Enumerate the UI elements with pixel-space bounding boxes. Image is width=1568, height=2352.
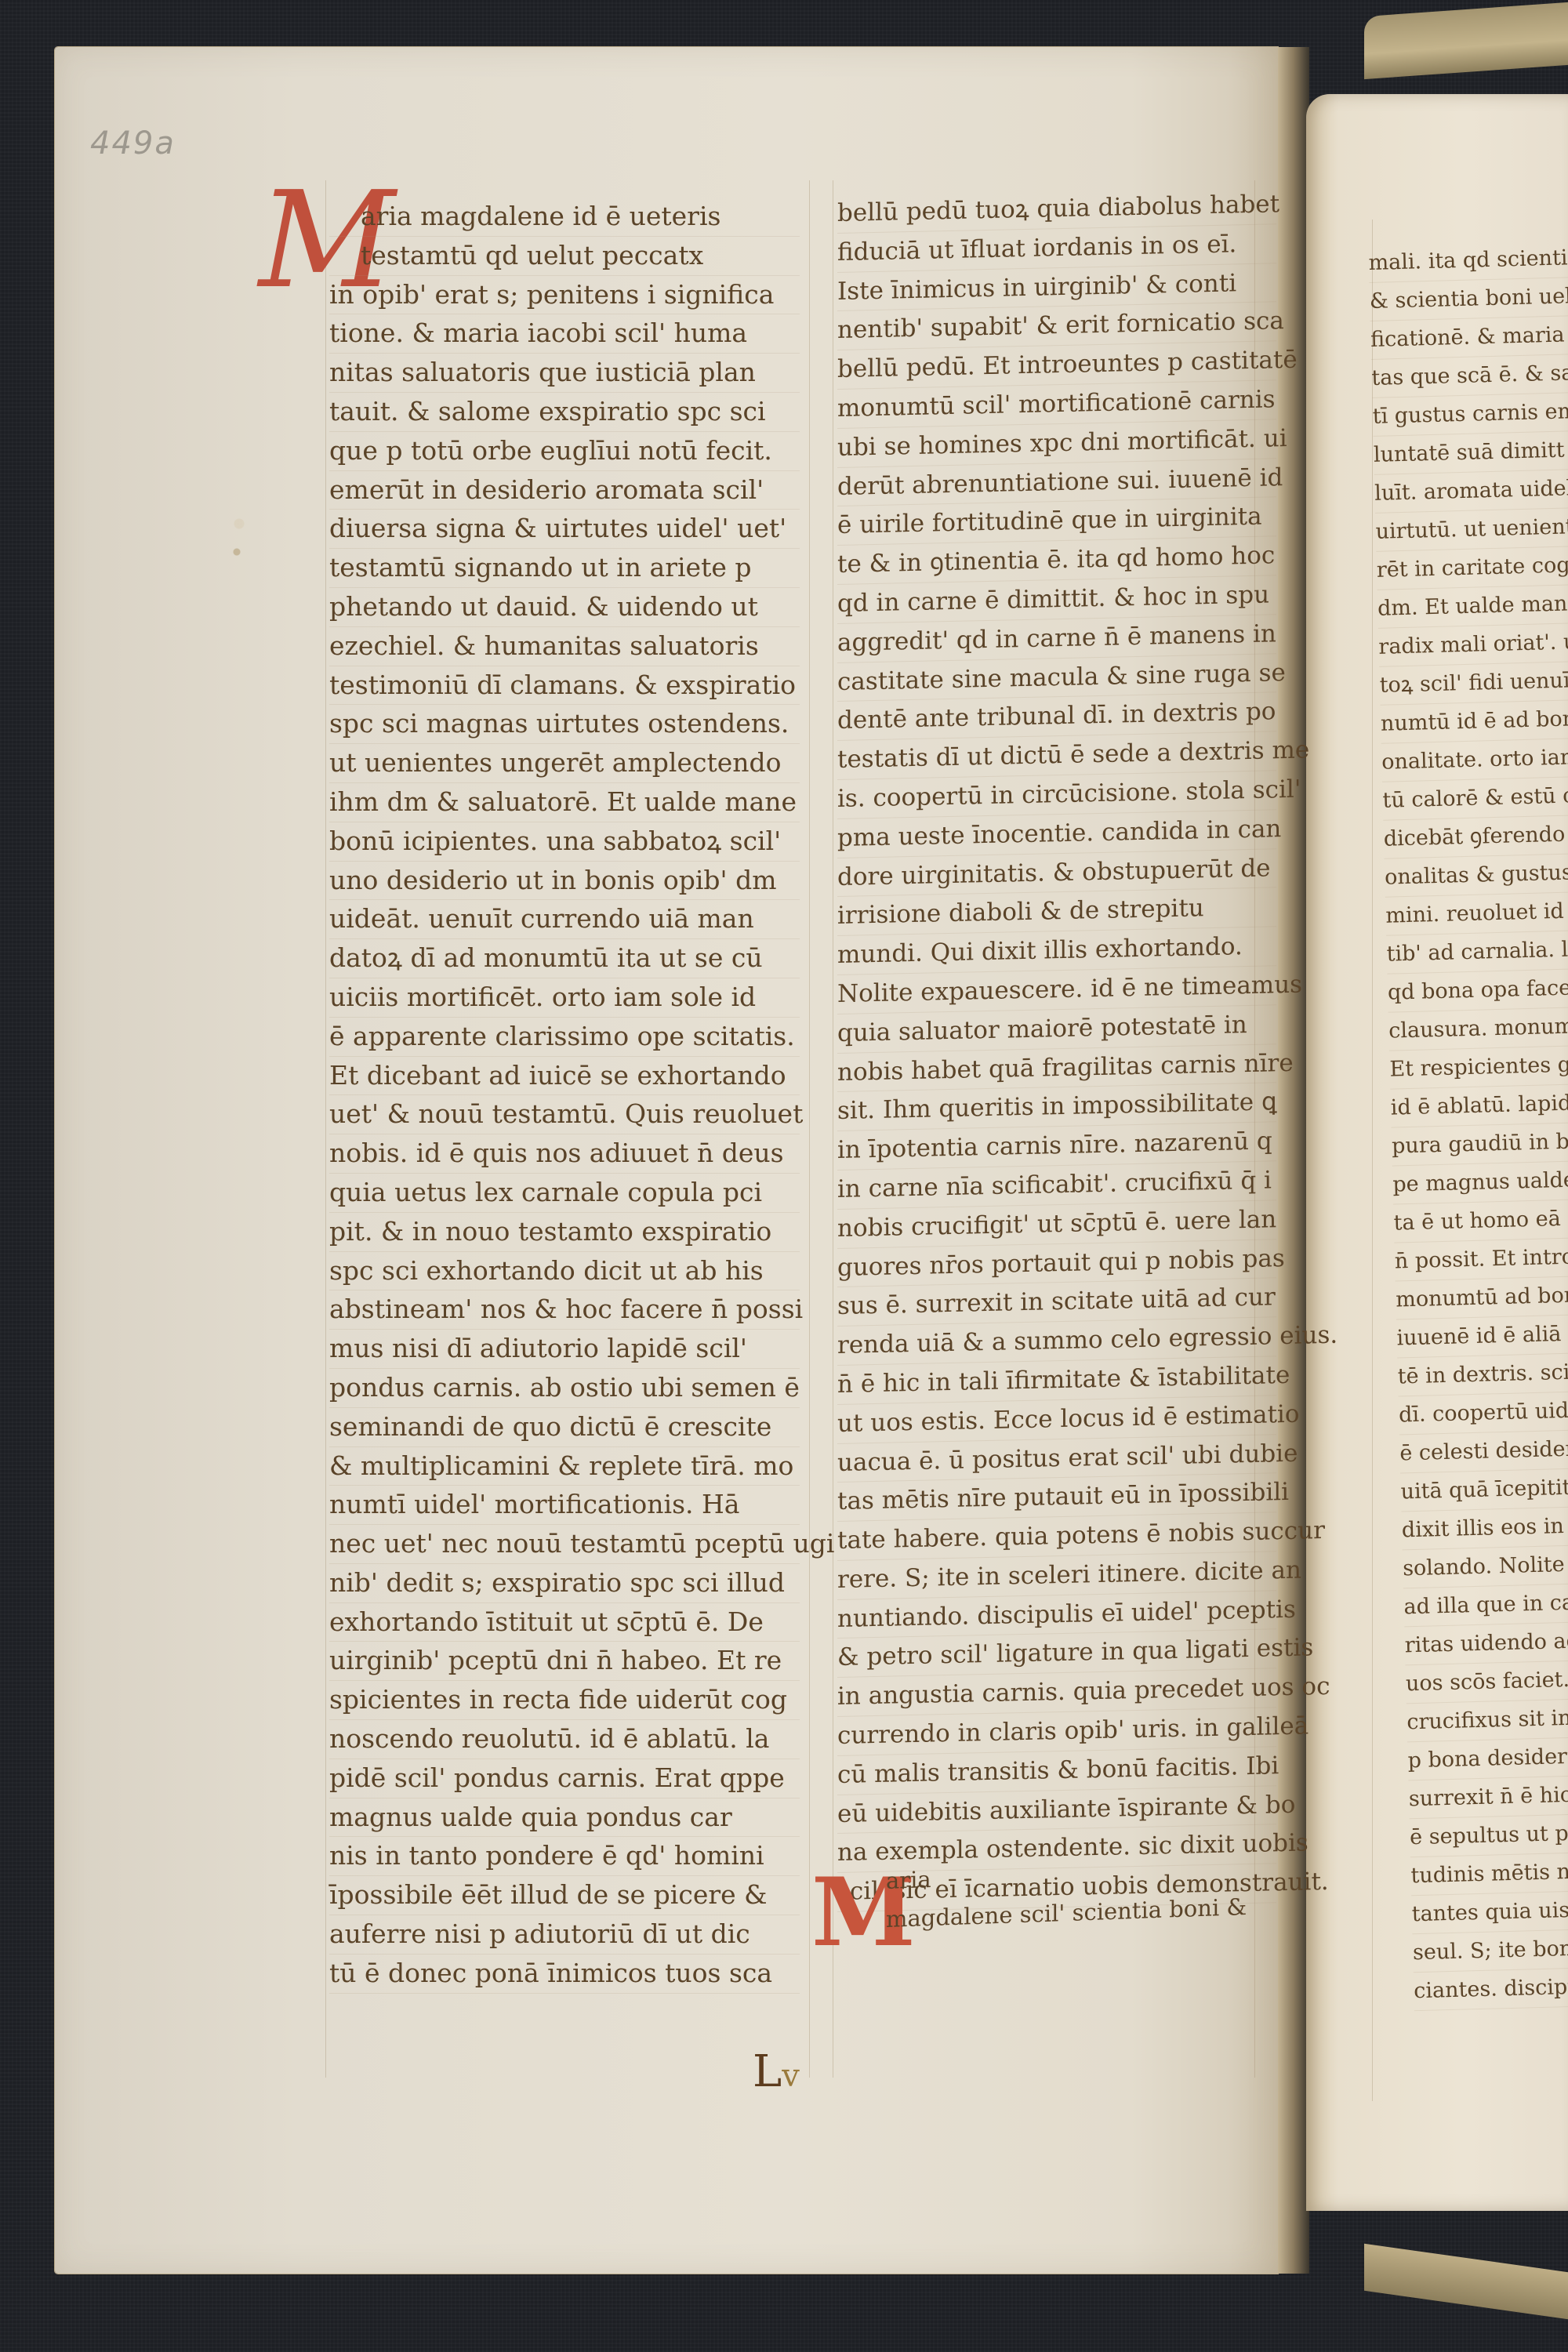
manuscript-line: crucifixus sit in carnali bbox=[1406, 1699, 1568, 1743]
manuscript-line: seminandi de quo dictū ē crescite bbox=[329, 1408, 800, 1447]
manuscript-line: nis in tanto pondere ē qd' homini bbox=[329, 1837, 800, 1876]
manuscript-line: uitā quā īcepitit quia bbox=[1400, 1468, 1568, 1512]
manuscript-line: tē in dextris. scil' in cu bbox=[1397, 1353, 1568, 1397]
manuscript-line: nitas saluatoris que iusticiā plan bbox=[329, 354, 800, 393]
manuscript-line: īpossibile ēēt illud de se picere & bbox=[329, 1876, 800, 1915]
manuscript-line: tantes quia uista & scā bbox=[1411, 1890, 1568, 1934]
manuscript-line: p bona desideria bona bbox=[1407, 1737, 1568, 1781]
manuscript-line: & scientia boni ueli bbox=[1369, 278, 1568, 321]
manuscript-line: ficationē. & maria i bbox=[1370, 316, 1568, 360]
manuscript-line: n̄ possit. Et introeunt bbox=[1394, 1238, 1568, 1282]
manuscript-line: ē apparente clarissimo ope scitatis. bbox=[329, 1018, 800, 1057]
manuscript-line: tas que scā ē. & salo bbox=[1371, 354, 1568, 398]
manuscript-line: testamtū qd uelut peccatx bbox=[329, 237, 800, 276]
manuscript-line: que p totū orbe euglīui notū fecit. bbox=[329, 432, 800, 471]
manuscript-line: bonū icipientes. una sabbatoꝝ scil' bbox=[329, 822, 800, 862]
manuscript-line: Et dicebant ad iuicē se exhortando bbox=[329, 1057, 800, 1096]
manuscript-line: uos scōs faciet. crucifixi bbox=[1405, 1661, 1568, 1704]
manuscript-line: nec uet' nec nouū testamtū pceptū ugi bbox=[329, 1525, 800, 1564]
manuscript-line: ē sepultus ut prius erat bbox=[1410, 1814, 1568, 1858]
manuscript-line: ritas uidendo ad ipsū. bbox=[1404, 1622, 1568, 1666]
manuscript-line: luīt. aromata uidel' bbox=[1374, 470, 1568, 514]
manuscript-line: pondus carnis. ab ostio ubi semen ē bbox=[329, 1369, 800, 1408]
manuscript-line: datoꝝ dī ad monumtū ita ut se cū bbox=[329, 939, 800, 978]
manuscript-line: uet' & nouū testamtū. Quis reuoluet bbox=[329, 1095, 800, 1134]
manuscript-line: magnus ualde quia pondus car bbox=[329, 1798, 800, 1838]
manuscript-line: tib' ad carnalia. lapid bbox=[1386, 931, 1568, 975]
manuscript-line: numtū id ē ad bonū bbox=[1380, 700, 1568, 744]
manuscript-line: uiciis mortificēt. orto iam sole id bbox=[329, 978, 800, 1018]
manuscript-line: spicientes in recta fide uiderūt cog bbox=[329, 1681, 800, 1720]
manuscript-line: in opib' erat s; penitens i significa bbox=[329, 276, 800, 315]
manuscript-line: diuersa signa & uirtutes uidel' uet' bbox=[329, 510, 800, 549]
manuscript-line: ta ē ut homo eā sine bbox=[1393, 1200, 1568, 1243]
manuscript-line: phetando ut dauid. & uidendo ut bbox=[329, 588, 800, 627]
manuscript-line: tī gustus carnis em bbox=[1372, 393, 1568, 437]
manuscript-line: nobis. id ē quis nos adiuuet n̄ deus bbox=[329, 1134, 800, 1174]
manuscript-line: monumtū ad bonū d bbox=[1396, 1276, 1568, 1320]
manuscript-line: tione. & maria iacobi scil' huma bbox=[329, 314, 800, 354]
manuscript-line: id ē ablatū. lapidē. id bbox=[1390, 1084, 1568, 1128]
binding-spine-top bbox=[1364, 2, 1568, 79]
manuscript-line: dicebāt ꝯferendo ad i bbox=[1383, 815, 1568, 859]
quire-signature: Lv bbox=[753, 2046, 800, 2097]
manuscript-line: rēt in caritate cogn bbox=[1376, 546, 1568, 590]
manuscript-line: ciantes. discipulis eī id bbox=[1414, 1967, 1568, 2011]
manuscript-line: radix mali oriat'. ur bbox=[1378, 623, 1568, 667]
manuscript-line: surrexit n̄ ē hic quia n bbox=[1408, 1776, 1568, 1820]
manuscript-line: tudinis mētis nīre. ubi bbox=[1410, 1852, 1568, 1896]
manuscript-line: Et respicientes grām bbox=[1389, 1046, 1568, 1090]
manuscript-line: uirginib' pceptū dni n̄ habeo. Et re bbox=[329, 1642, 800, 1681]
manuscript-line: mini. reuoluet id ē a bbox=[1385, 892, 1568, 936]
manuscript-line: iuuenē id ē aliā uitā. bbox=[1396, 1315, 1568, 1359]
manuscript-line: uno desiderio ut in bonis opib' dm bbox=[329, 862, 800, 901]
manuscript-line: ezechiel. & humanitas saluatoris bbox=[329, 627, 800, 666]
manuscript-line: testimoniū dī clamans. & exspiratio bbox=[329, 666, 800, 706]
text-column-a: aria magdalene id ē ueteristestamtū qd u… bbox=[329, 198, 800, 1994]
manuscript-line: abstineam' nos & hoc facere n̄ possi bbox=[329, 1290, 800, 1330]
manuscript-line: uirtutū. ut uenient bbox=[1375, 508, 1568, 552]
folio-number: 449a bbox=[90, 125, 176, 162]
manuscript-line: luntatē suā dimitt bbox=[1373, 431, 1568, 475]
ruling-line bbox=[325, 180, 326, 2078]
manuscript-line: tū ē donec ponā īnimicos tuos sca bbox=[329, 1955, 800, 1994]
parchment-blemish bbox=[227, 486, 251, 580]
quire-signature-suffix: v bbox=[782, 2058, 800, 2094]
text-column-b: bellū pedū tuoꝝ quia diabolus habetfiduc… bbox=[837, 185, 1276, 1912]
manuscript-line: aria magdalene id ē ueteris bbox=[329, 198, 800, 237]
ruling-line bbox=[833, 180, 833, 2078]
manuscript-line: onalitate. orto iam bbox=[1381, 739, 1568, 782]
binding-gutter bbox=[1278, 47, 1309, 2274]
manuscript-line: toꝝ scil' fidi uenuīt bbox=[1379, 662, 1568, 706]
manuscript-line: dixit illis eos in nouita bbox=[1401, 1507, 1568, 1551]
manuscript-line: spc sci exhortando dicit ut ab his bbox=[329, 1252, 800, 1291]
manuscript-line: seul. S; ite bono rumor bbox=[1412, 1929, 1568, 1973]
manuscript-line: noscendo reuolutū. id ē ablatū. la bbox=[329, 1720, 800, 1759]
ruling-line bbox=[1372, 220, 1373, 2101]
manuscript-line: mali. ita qd scientia bbox=[1368, 239, 1568, 283]
manuscript-line: pura gaudiū in bono bbox=[1392, 1123, 1568, 1167]
manuscript-line: clausura. monumtī bbox=[1388, 1007, 1568, 1051]
manuscript-line: dī. coopertū uidel' tectū. bbox=[1398, 1392, 1568, 1436]
manuscript-line: ē celesti desiderio. & ob bbox=[1399, 1430, 1568, 1474]
manuscript-line: pe magnus ualde. qu bbox=[1392, 1161, 1568, 1205]
quire-signature-letter: L bbox=[753, 2046, 782, 2097]
manuscript-line: ihm dm & saluatorē. Et ualde mane bbox=[329, 783, 800, 822]
manuscript-line: testamtū signando ut in ariete p bbox=[329, 549, 800, 588]
manuscript-line: solando. Nolite expaue bbox=[1403, 1545, 1568, 1589]
ruling-line bbox=[809, 180, 810, 2078]
manuscript-line: auferre nisi p adiutoriū dī ut dic bbox=[329, 1915, 800, 1955]
manuscript-line: nib' dedit s; exspiratio spc sci illud bbox=[329, 1564, 800, 1603]
manuscript-line: tauit. & salome exspiratio spc sci bbox=[329, 393, 800, 432]
manuscript-line: numtī uidel' mortificationis. Hā bbox=[329, 1486, 800, 1525]
manuscript-line: qd bona opa facere n bbox=[1387, 969, 1568, 1013]
manuscript-line: onalitas & gustus. Q bbox=[1385, 854, 1568, 898]
binding-spine-bottom bbox=[1364, 2244, 1568, 2320]
text-column-b-section: ariamagdalene scil' scientia boni & bbox=[886, 1849, 1278, 1939]
manuscript-line: exhortando īstituit ut sc̄ptū ē. De bbox=[329, 1603, 800, 1642]
manuscript-line: ut uenientes ungerēt amplectendo bbox=[329, 744, 800, 783]
manuscript-line: emerūt in desiderio aromata scil' bbox=[329, 471, 800, 510]
manuscript-line: pit. & in nouo testamto exspiratio bbox=[329, 1213, 800, 1252]
manuscript-line: spc sci magnas uirtutes ostendens. bbox=[329, 705, 800, 744]
manuscript-line: tū calorē & estū carn bbox=[1382, 777, 1568, 821]
manuscript-line: pidē scil' pondus carnis. Erat qppe bbox=[329, 1759, 800, 1798]
manuscript-line: quia uetus lex carnale copula pci bbox=[329, 1174, 800, 1213]
manuscript-line: ad illa que in carnalib' bbox=[1403, 1584, 1568, 1628]
manuscript-line: mus nisi dī adiutorio lapidē scil' bbox=[329, 1330, 800, 1369]
manuscript-line: uideāt. uenuīt currendo uiā man bbox=[329, 900, 800, 939]
manuscript-line: & multiplicamini & replete tīrā. mo bbox=[329, 1447, 800, 1486]
manuscript-line: dm. Et ualde mane bbox=[1377, 585, 1568, 629]
